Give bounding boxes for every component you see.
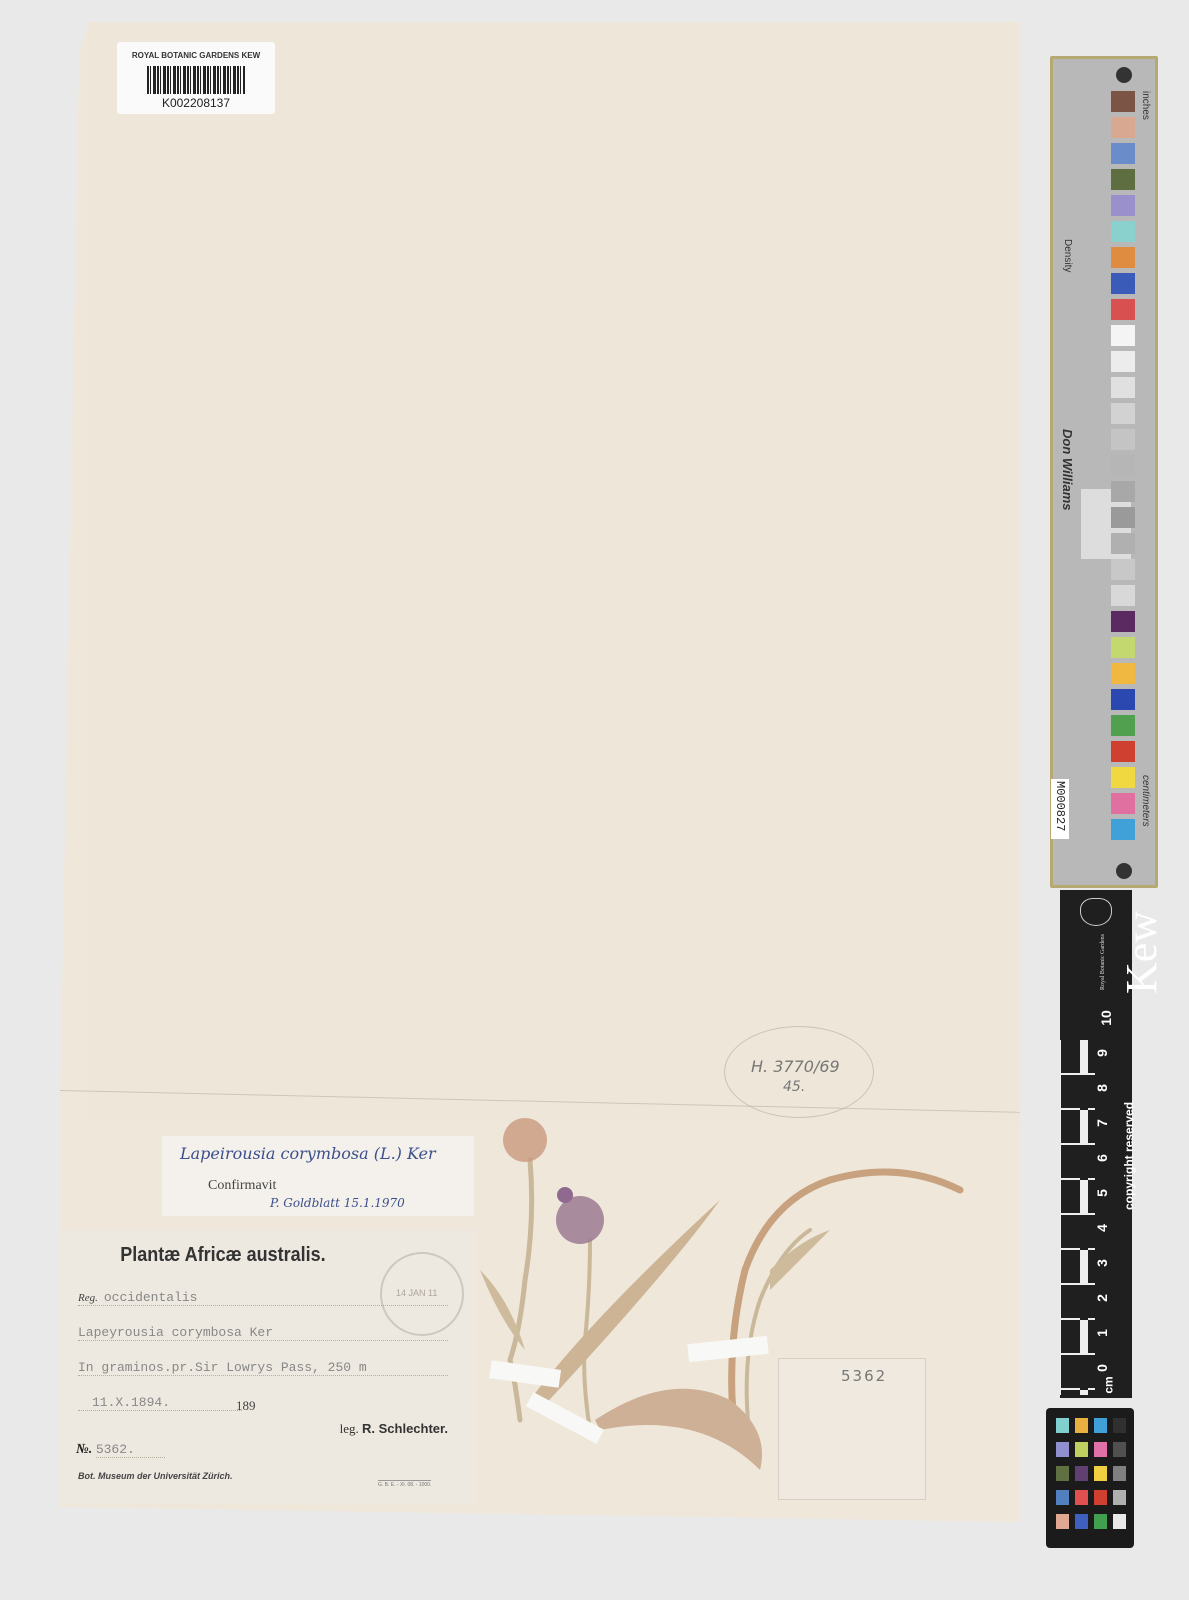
color-swatch — [1111, 507, 1135, 528]
color-swatch — [1111, 377, 1135, 398]
color-swatch — [1111, 793, 1135, 814]
plant-specimen — [470, 1100, 990, 1500]
color-swatch — [1111, 429, 1135, 450]
scale-tick-label: 7 — [1094, 1119, 1110, 1127]
scale-tick-label: 4 — [1094, 1224, 1110, 1232]
collector-name: R. Schlechter. — [362, 1421, 448, 1436]
checker-patch — [1075, 1418, 1088, 1433]
locality-row: In graminos.pr.Sir Lowrys Pass, 250 m — [78, 1360, 448, 1376]
checker-patch — [1094, 1466, 1107, 1481]
scale-tick-label: 9 — [1094, 1049, 1110, 1057]
color-swatch — [1111, 325, 1135, 346]
checker-patch — [1094, 1514, 1107, 1529]
copyright-text: copyright reserved — [1122, 1102, 1136, 1210]
scale-tick-label: 10 — [1098, 1010, 1114, 1026]
color-swatch — [1111, 455, 1135, 476]
inches-label: inches — [1140, 91, 1151, 120]
barcode-number: K002208137 — [117, 96, 275, 110]
institution-name: ROYAL BOTANIC GARDENS KEW — [117, 51, 275, 60]
scale-tick-label: 5 — [1094, 1189, 1110, 1197]
checker-patch — [1056, 1514, 1069, 1529]
herbarium-stamp: 14 JAN 11 — [380, 1252, 464, 1336]
color-swatch — [1111, 637, 1135, 658]
checker-patch — [1094, 1418, 1107, 1433]
stamp-date: 14 JAN 11 — [396, 1288, 437, 1298]
checker-patch — [1113, 1418, 1126, 1433]
checker-patch — [1094, 1490, 1107, 1505]
scale-ruler — [1060, 1040, 1095, 1395]
scale-tick-label: 3 — [1094, 1259, 1110, 1267]
date-row: 11.X.1894. — [78, 1395, 242, 1411]
scale-tick-label: 2 — [1094, 1294, 1110, 1302]
checker-patch — [1113, 1442, 1126, 1457]
scale-ruler-alternating — [1080, 1040, 1088, 1395]
taxon-row: Lapeyrousia corymbosa Ker — [78, 1325, 448, 1341]
determination-label: Lapeirousia corymbosa (L.) Ker Confirmav… — [162, 1136, 474, 1216]
scale-tick-label: 1 — [1094, 1329, 1110, 1337]
checker-patch — [1056, 1418, 1069, 1433]
barcode-icon — [147, 66, 245, 94]
printer-line: G. B. E. - XI. 08. - 1000. — [378, 1480, 431, 1488]
color-swatch — [1111, 195, 1135, 216]
number-prefix: №. — [76, 1442, 92, 1457]
color-bar-id: M000827 — [1051, 779, 1069, 839]
checker-patch — [1075, 1514, 1088, 1529]
cm-unit-label: cm — [1102, 1376, 1116, 1393]
checker-patch — [1056, 1490, 1069, 1505]
color-swatch — [1111, 767, 1135, 788]
kew-brand: Kew — [1116, 911, 1167, 994]
determination-taxon: Lapeirousia corymbosa (L.) Ker — [180, 1144, 436, 1163]
color-checker-card — [1046, 1408, 1134, 1548]
color-swatch — [1111, 221, 1135, 242]
checker-patch — [1056, 1442, 1069, 1457]
color-swatch — [1111, 117, 1135, 138]
barcode-label: ROYAL BOTANIC GARDENS KEW K002208137 — [117, 42, 275, 114]
scale-tick-label: 6 — [1094, 1154, 1110, 1162]
color-swatch — [1111, 143, 1135, 164]
color-swatch — [1111, 273, 1135, 294]
color-swatch — [1111, 91, 1135, 112]
color-calibration-bar: inches Density Don Williams centimeters … — [1050, 56, 1158, 888]
color-swatch — [1111, 715, 1135, 736]
color-swatch — [1111, 585, 1135, 606]
color-swatch — [1111, 351, 1135, 372]
density-label: Density — [1062, 239, 1073, 272]
color-swatch — [1111, 689, 1135, 710]
kew-crest-icon — [1080, 898, 1112, 926]
checker-patch — [1056, 1466, 1069, 1481]
color-swatch — [1111, 403, 1135, 424]
collector: leg. R. Schlechter. — [340, 1421, 448, 1437]
checker-patch — [1113, 1466, 1126, 1481]
brand-label: Don Williams — [1060, 429, 1075, 511]
number-row: №. 5362. — [76, 1442, 165, 1458]
collector-prefix: leg. — [340, 1421, 359, 1436]
color-swatch — [1111, 299, 1135, 320]
color-swatch — [1111, 169, 1135, 190]
bar-hole-top — [1116, 67, 1132, 83]
determiner-signature: P. Goldblatt 15.1.1970 — [270, 1196, 405, 1210]
color-swatch — [1111, 559, 1135, 580]
herbarium-sheet-upper — [88, 22, 1020, 1122]
label-title: Plantæ Africæ australis. — [75, 1244, 372, 1267]
color-swatch — [1111, 741, 1135, 762]
scale-tick-label: 8 — [1094, 1084, 1110, 1092]
checker-patch — [1113, 1514, 1126, 1529]
kew-scale-bar: Kew Royal Botanic Gardens copyright rese… — [1060, 890, 1132, 1398]
accession-number: H. 3770/69 — [751, 1057, 840, 1076]
bar-hole-bottom — [1116, 863, 1132, 879]
centimeters-label: centimeters — [1140, 775, 1151, 827]
region-prefix: Reg. — [78, 1292, 98, 1304]
collection-number: 5362. — [96, 1442, 165, 1458]
printed-year: 189 — [236, 1398, 256, 1414]
region-value: occidentalis — [104, 1290, 198, 1305]
color-swatch — [1111, 533, 1135, 554]
museum-name: Bot. Museum der Universität Zürich. — [78, 1471, 233, 1481]
color-swatch — [1111, 481, 1135, 502]
confirmavit-text: Confirmavit — [208, 1178, 276, 1194]
color-swatch — [1111, 247, 1135, 268]
kew-subtitle: Royal Botanic Gardens — [1100, 934, 1106, 990]
color-swatch — [1111, 611, 1135, 632]
checker-patch — [1113, 1490, 1126, 1505]
scale-tick-label: 0 — [1094, 1364, 1110, 1372]
color-swatch — [1111, 663, 1135, 684]
checker-patch — [1075, 1442, 1088, 1457]
color-swatch — [1111, 819, 1135, 840]
checker-patch — [1075, 1490, 1088, 1505]
checker-patch — [1075, 1466, 1088, 1481]
checker-patch — [1094, 1442, 1107, 1457]
accession-sub-number: 45. — [783, 1079, 805, 1095]
